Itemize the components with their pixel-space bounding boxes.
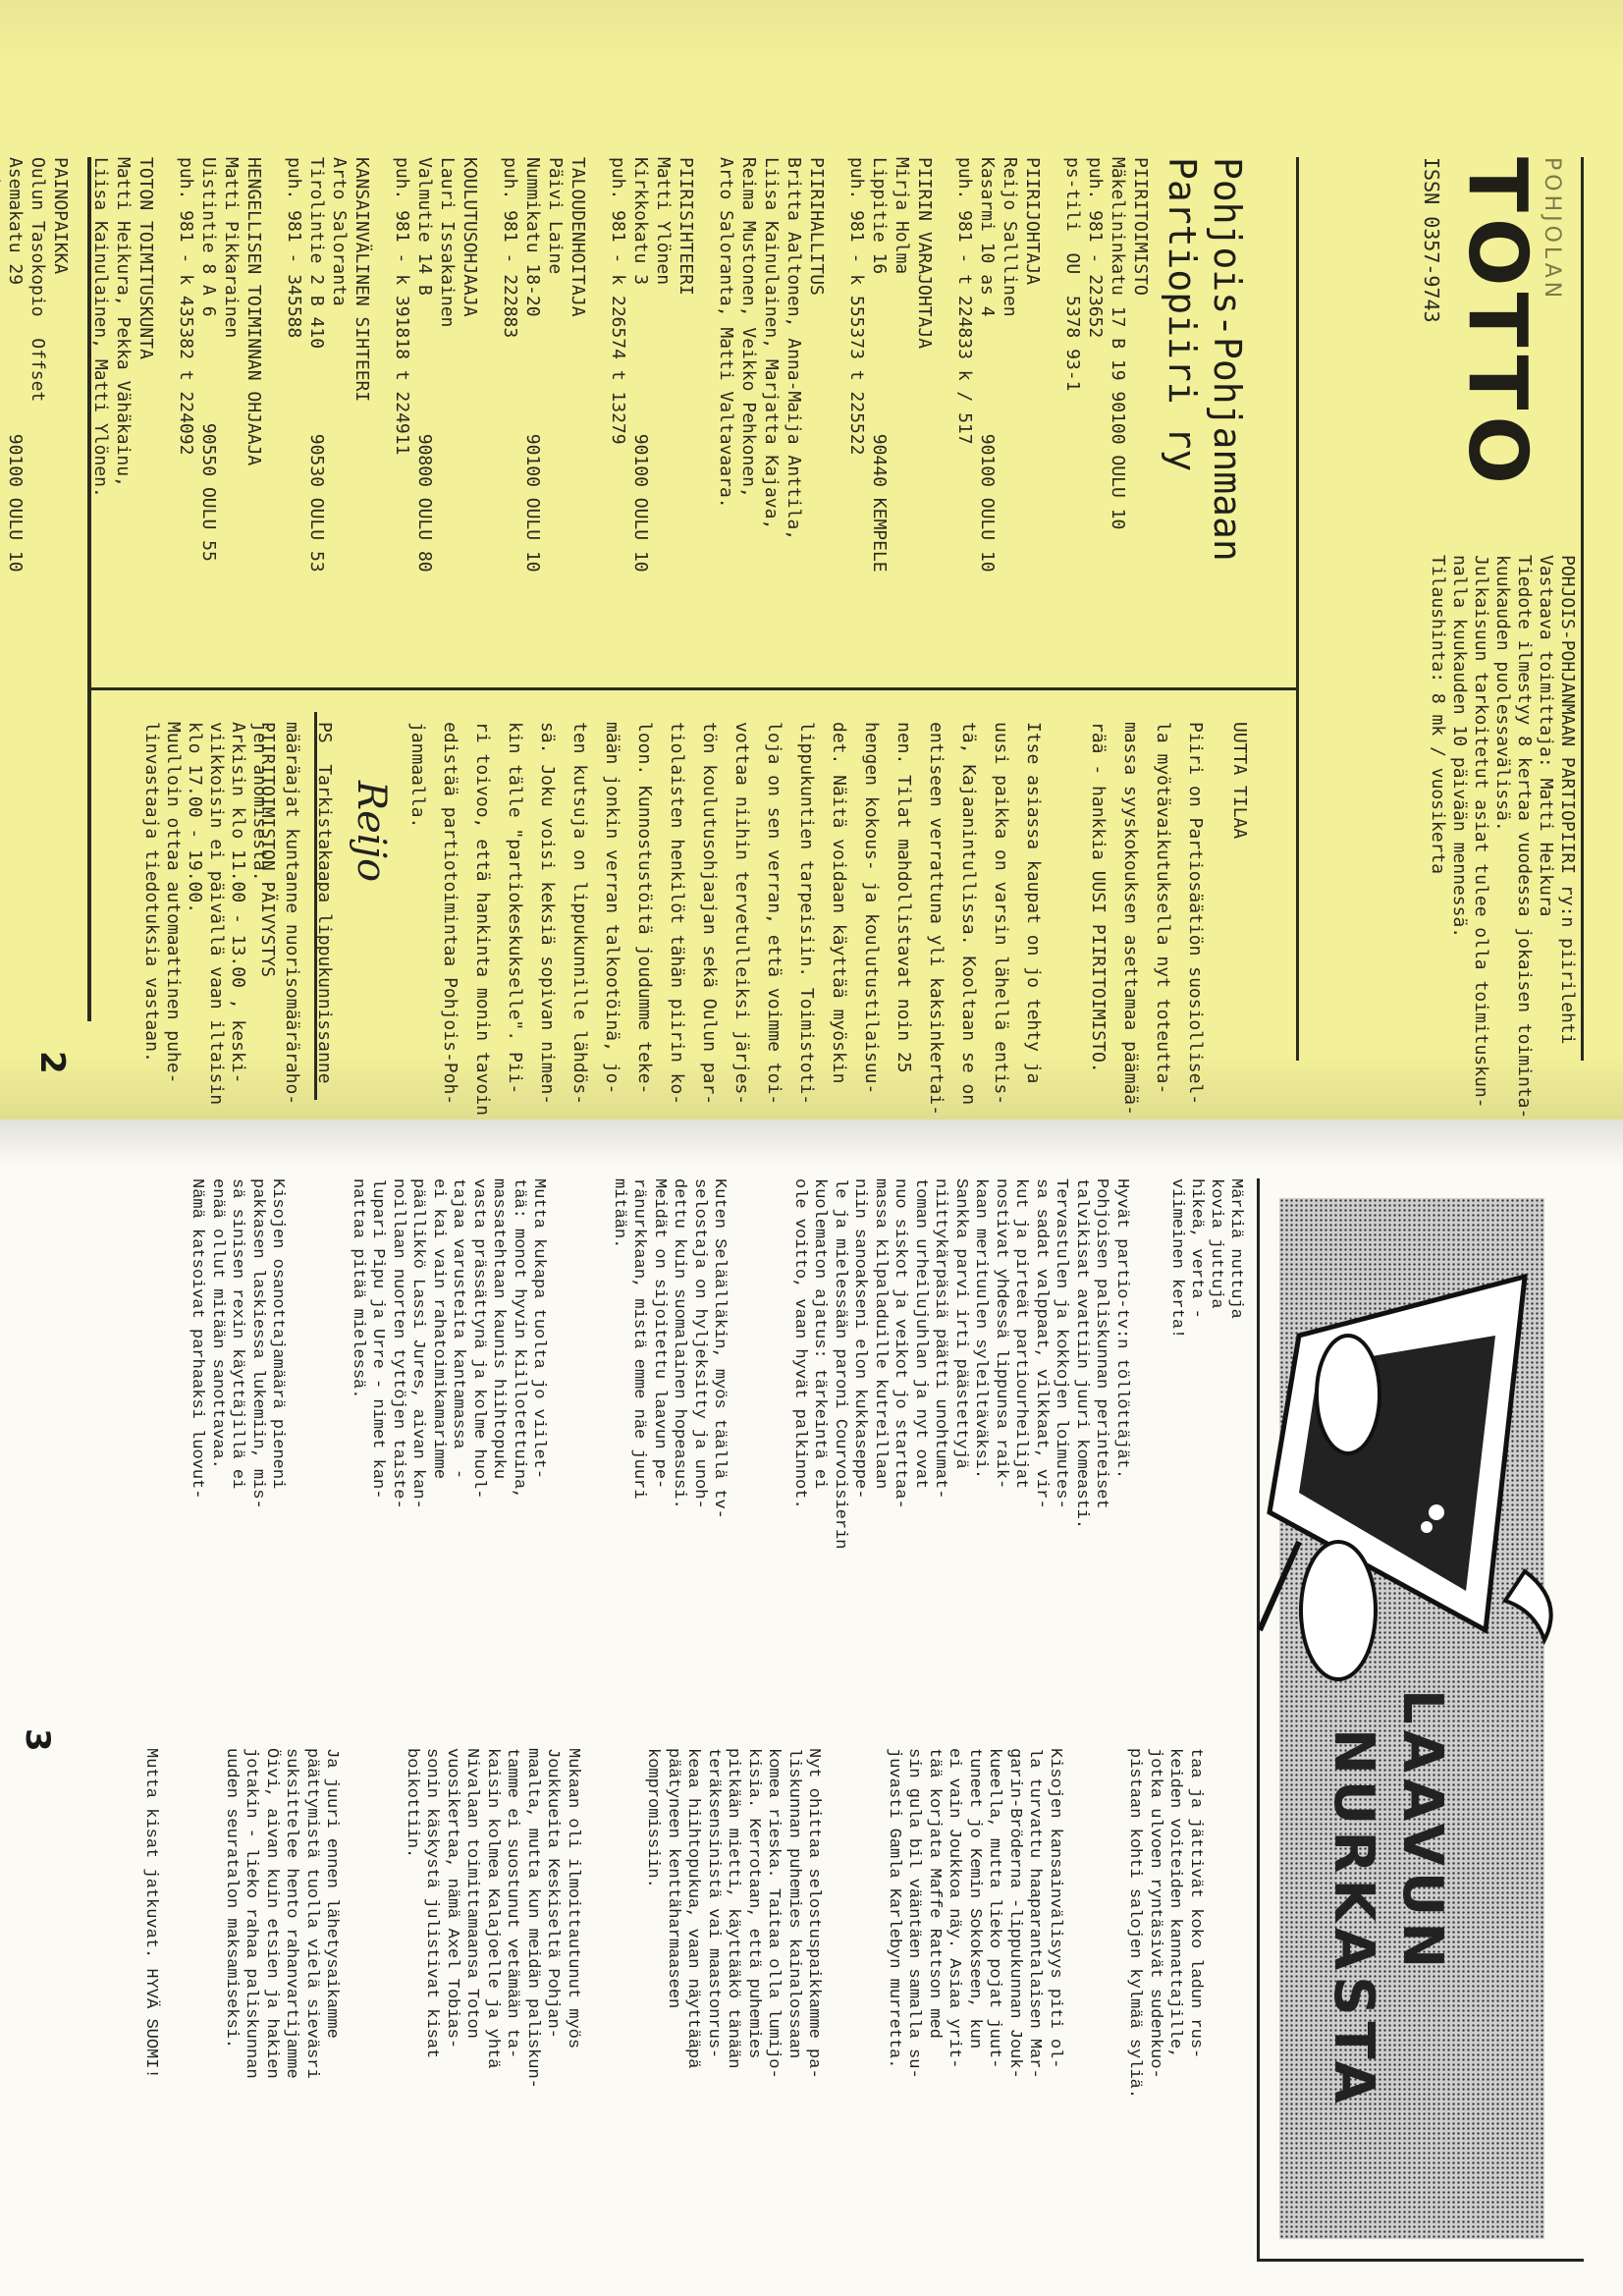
article-column-2: taa ja jättivät koko ladun rus- keiden v… xyxy=(81,1748,1245,2296)
paragraph: Ja juuri ennen lähetysaikamme päättymist… xyxy=(221,1748,342,2296)
page-number-3: 3 xyxy=(18,1728,57,1752)
signature: Reijo xyxy=(349,781,394,1115)
masthead-top-rule xyxy=(1581,157,1584,1061)
paragraph: taa ja jättivät koko ladun rus- keiden v… xyxy=(1124,1748,1205,2296)
brand-title: TOTTO xyxy=(1453,157,1540,452)
page-number-2: 2 xyxy=(32,1051,72,1074)
scanned-spread: POHJOLAN TOTTO ISSN 0357-9743 POHJOIS-PO… xyxy=(0,0,1623,2296)
paragraph: Nyt ohittaa selostuspaikkamme pa- liskun… xyxy=(642,1748,824,2296)
article-column-1: Hyvät partio-tv:n töllöttäjät. Pohjoisen… xyxy=(127,1178,1171,1728)
column-title: LAAVUN NURKASTA xyxy=(1319,1689,1456,2109)
column-title-line2: NURKASTA xyxy=(1319,1689,1387,2109)
org-title: Pohjois-Pohjanmaan Partiopiiri ry xyxy=(1160,157,1250,562)
org-title-line1: Pohjois-Pohjanmaan xyxy=(1205,157,1250,562)
bottom-rule xyxy=(87,157,91,1021)
org-title-line2: Partiopiiri ry xyxy=(1160,157,1205,562)
laavun-nurkasta-header: LAAVUN NURKASTA xyxy=(1257,1178,1584,2262)
masthead: POHJOLAN TOTTO ISSN 0357-9743 POHJOIS-PO… xyxy=(1299,157,1584,1061)
colophon: POHJOIS-POHJANMAAN PARTIOPIIRI ry:n piir… xyxy=(1427,555,1578,1066)
paragraph: Kisojen kansainvälisyys piti ol- la turv… xyxy=(884,1748,1065,2296)
paragraph: Kisojen osanottajamäärä pieneni pakkasen… xyxy=(187,1178,288,1728)
article-title: UUTTA TILAA xyxy=(1229,722,1250,1115)
paragraph: Mutta kukapa tuolta jo viilet- tää: mono… xyxy=(348,1178,549,1728)
contact-painopaikka: PAINOPAIKKAOulun Tasokopio Offset Asemak… xyxy=(0,157,72,864)
paragraph: Mukaan oli ilmoittautunut myös Joukkueit… xyxy=(402,1748,583,2296)
cartoon-scout-hat-feet-icon xyxy=(1250,1218,1564,1728)
masthead-bottom-rule xyxy=(1296,157,1299,1061)
column-divider-vertical xyxy=(91,687,1299,690)
paragraph: Hyvät partio-tv:n töllöttäjät. Pohjoisen… xyxy=(789,1178,1132,1728)
page-3-white: LAAVUN NURKASTA Märkiä nuttuja kovia jut… xyxy=(0,1120,1623,2296)
office-hours-body: Arkisin klo 11.00 - 13.00 , keski- viikk… xyxy=(140,722,248,1115)
column-title-line1: LAAVUN xyxy=(1387,1689,1456,2109)
intro-poem: Märkiä nuttuja kovia juttuja hikeä, vert… xyxy=(1166,1178,1245,1339)
issn: ISSN 0357-9743 xyxy=(1420,157,1443,452)
page-2-yellow: POHJOLAN TOTTO ISSN 0357-9743 POHJOIS-PO… xyxy=(0,0,1623,1120)
masthead-logo: POHJOLAN TOTTO ISSN 0357-9743 xyxy=(1420,157,1564,452)
office-hours: PIIRITOIMISTON PÄIVYSTYSArkisin klo 11.0… xyxy=(140,722,278,1115)
office-hours-title: PIIRITOIMISTON PÄIVYSTYS xyxy=(256,722,278,1115)
paragraph: Kuten Seläälläkin, myös täällä tv- selos… xyxy=(609,1178,730,1728)
article-body: Piiri on Partiosäätiön suosiollisel- la … xyxy=(402,722,1212,1115)
article-uutta-tilaa: UUTTA TILAA Piiri on Partiosäätiön suosi… xyxy=(243,722,1250,1115)
paragraph: Mutta kisat jatkuvat. HYVÄ SUOMI! xyxy=(140,1748,161,2296)
